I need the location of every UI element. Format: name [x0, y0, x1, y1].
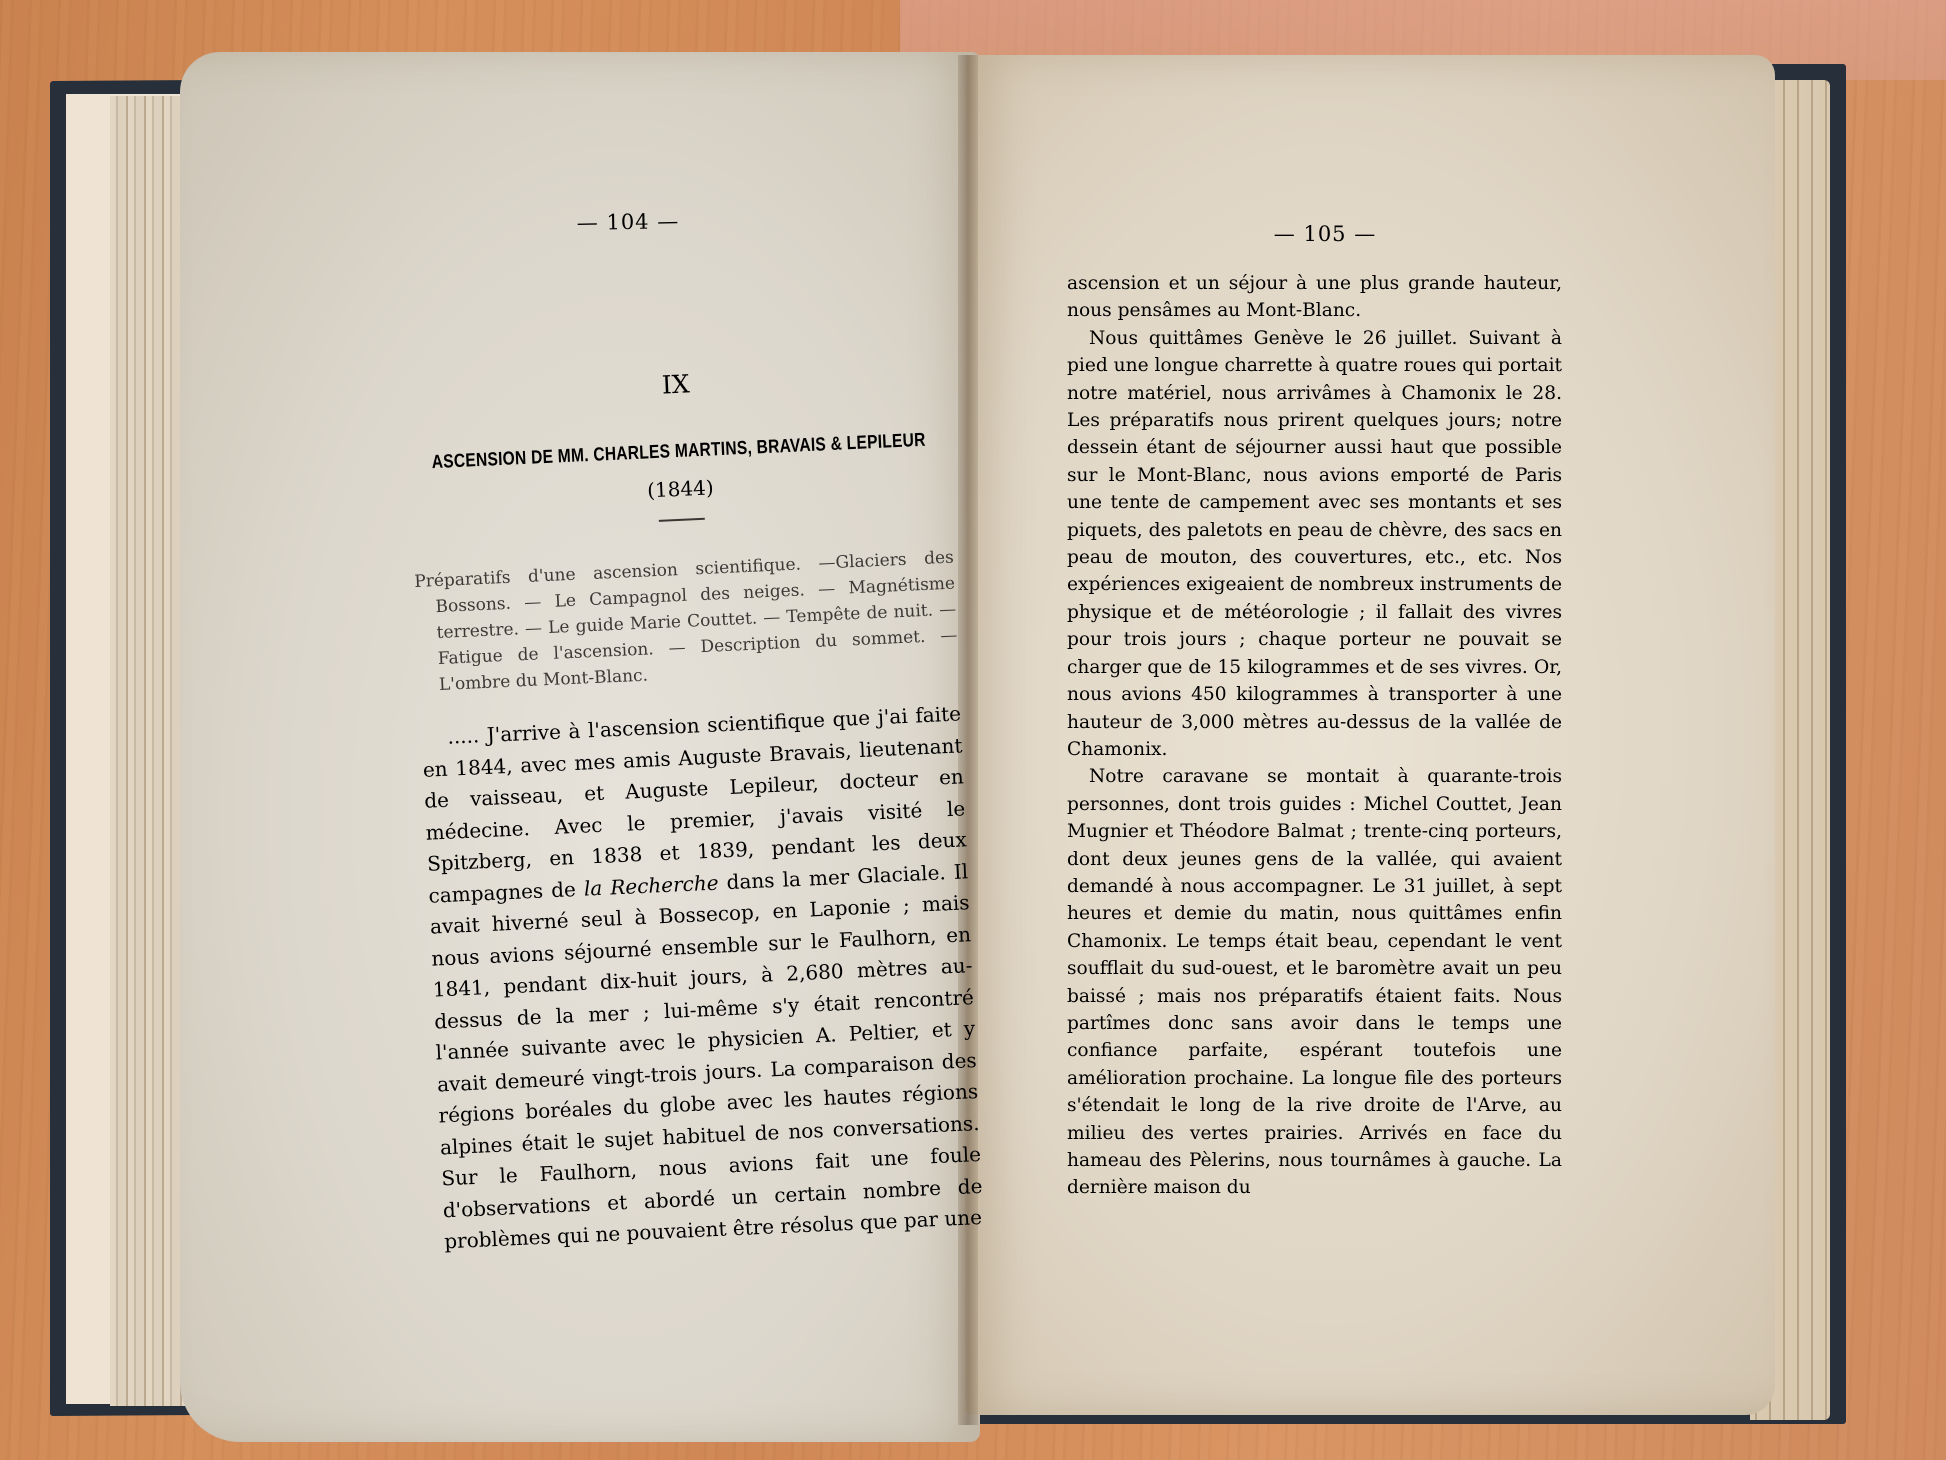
page-number-left: — 104 — [568, 209, 688, 235]
body-text-part2: dans la mer Glaciale. Il avait hiverné s… [429, 859, 982, 1254]
page-number-right: — 105 — [1265, 222, 1385, 246]
left-page-text: IX ASCENSION DE MM. CHARLES MARTINS, BRA… [405, 358, 984, 1258]
paragraph: Notre caravane se montait à quarante-tro… [1067, 763, 1562, 1202]
body-paragraph: ..... J'arrive à l'ascension scientifiqu… [421, 698, 985, 1257]
body-text-italic: la Recherche [583, 870, 719, 900]
chapter-year: (1844) [410, 465, 951, 513]
section-rule [659, 518, 705, 522]
right-page-text: ascension et un séjour à une plus grande… [1067, 270, 1562, 1202]
paragraph: Nous quittâmes Genève le 26 juillet. Sui… [1067, 325, 1562, 764]
chapter-summary: Préparatifs d'une ascension scientifique… [414, 545, 959, 699]
paragraph-continued: ascension et un séjour à une plus grande… [1067, 270, 1562, 325]
